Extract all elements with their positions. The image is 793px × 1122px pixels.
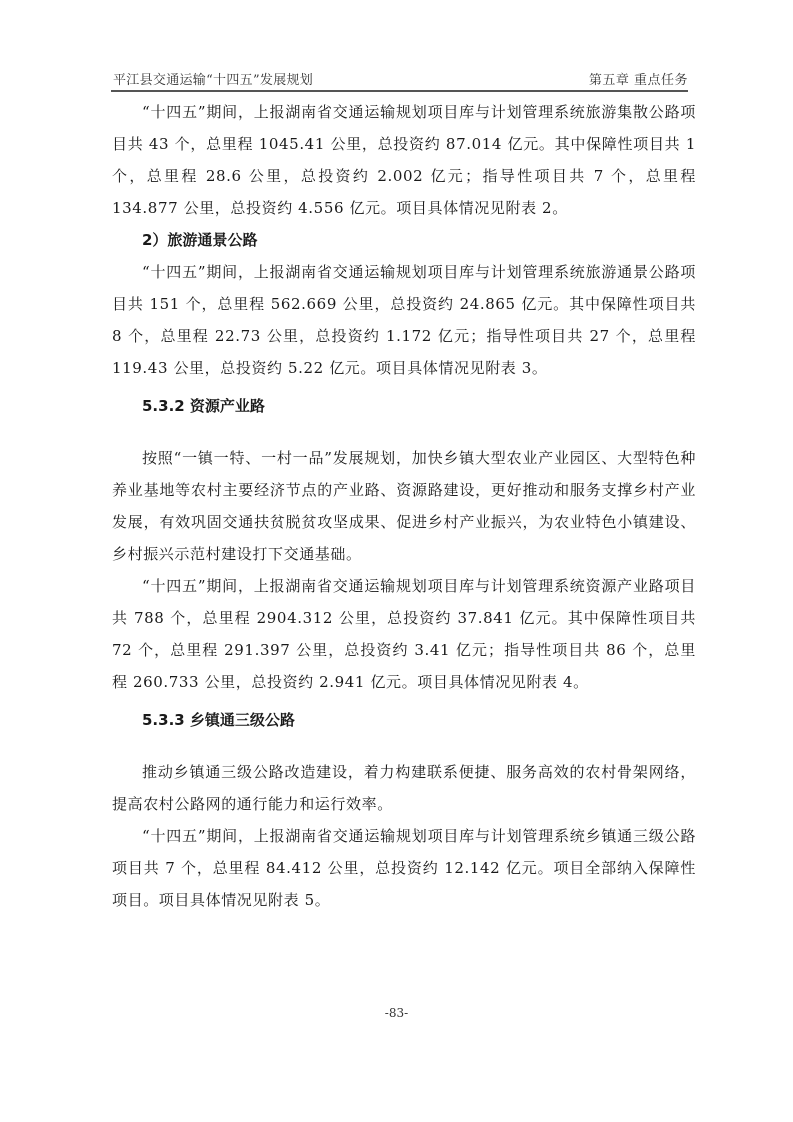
spacer xyxy=(112,422,696,442)
chapter-title: 第五章 重点任务 xyxy=(589,69,688,88)
township-road-paragraph-2: “十四五”期间，上报湖南省交通运输规划项目库与计划管理系统乡镇通三级公路项目共 … xyxy=(112,820,696,916)
spacer xyxy=(112,736,696,756)
resource-industry-paragraph-1: 按照“一镇一特、一村一品”发展规划，加快乡镇大型农业产业园区、大型特色种养业基地… xyxy=(112,442,696,570)
resource-industry-paragraph-2: “十四五”期间，上报湖南省交通运输规划项目库与计划管理系统资源产业路项目共 78… xyxy=(112,570,696,698)
document-title: 平江县交通运输“十四五”发展规划 xyxy=(113,69,313,88)
tourism-scenic-paragraph: “十四五”期间，上报湖南省交通运输规划项目库与计划管理系统旅游通景公路项目共 1… xyxy=(112,256,696,384)
page-content: “十四五”期间，上报湖南省交通运输规划项目库与计划管理系统旅游集散公路项目共 4… xyxy=(112,96,696,916)
page-header: 平江县交通运输“十四五”发展规划 第五章 重点任务 xyxy=(111,64,688,92)
section-heading-5-3-3: 5.3.3 乡镇通三级公路 xyxy=(112,704,696,736)
page-number: -83- xyxy=(0,1006,793,1020)
section-heading-5-3-2: 5.3.2 资源产业路 xyxy=(112,390,696,422)
tourism-distribution-paragraph: “十四五”期间，上报湖南省交通运输规划项目库与计划管理系统旅游集散公路项目共 4… xyxy=(112,96,696,224)
tourism-scenic-heading: 2）旅游通景公路 xyxy=(112,224,696,256)
township-road-paragraph-1: 推动乡镇通三级公路改造建设，着力构建联系便捷、服务高效的农村骨架网络，提高农村公… xyxy=(112,756,696,820)
